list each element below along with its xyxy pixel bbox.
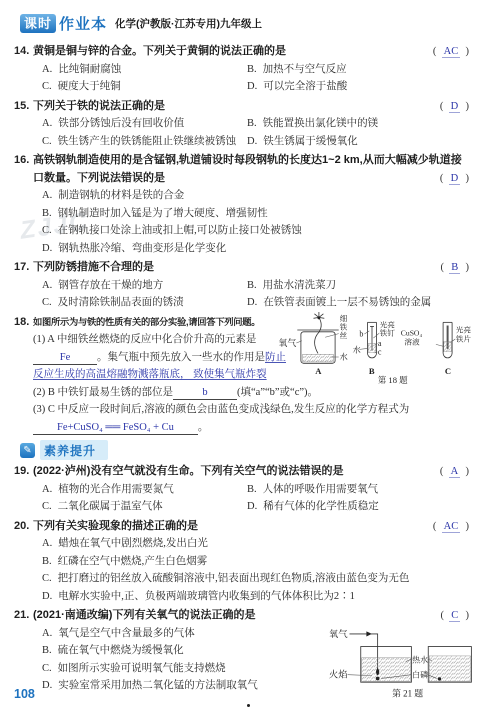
option: D.钢轨热胀冷缩、弯曲变形是化学变化 xyxy=(42,240,469,258)
option-letter: B. xyxy=(42,556,52,567)
option-text: 铁生锈产生的铁锈能阻止铁继续被锈蚀 xyxy=(58,136,237,147)
white-phosphorus-left xyxy=(376,677,380,681)
question-15: 15.下列关于铁的说法正确的是 D A.铁部分锈蚀后没有回收价值B.铁能置换出氯… xyxy=(14,98,469,151)
q18-figure-svg: 氧气 细 铁 丝 水 A b 水 光亮 铁钉 xyxy=(277,312,485,384)
experiment-figure-q18: 氧气 细 铁 丝 水 A b 水 光亮 铁钉 xyxy=(277,312,485,384)
answer-letter: A xyxy=(449,466,461,478)
question-number: 21. xyxy=(14,607,33,625)
part1-text: (1) A 中细铁丝燃烧的反应中化合价升高的元素是 xyxy=(33,334,256,345)
hot-water-label: 热水 xyxy=(412,655,428,665)
experiment-figure-q21: 氧气 火焰 热水 白磷 第 21 题 xyxy=(327,623,477,702)
option-text: 用盐水清洗菜刀 xyxy=(263,280,337,291)
option: D.铁生锈属于缓慢氧化 xyxy=(247,133,469,151)
oxygen-label: 氧气 xyxy=(329,628,348,640)
pen-icon: ✎ xyxy=(20,443,35,458)
option-letter: C. xyxy=(42,225,52,236)
option-text: 氧气是空气中含量最多的气体 xyxy=(58,628,195,639)
option-letter: A. xyxy=(42,628,52,639)
option-letter: B. xyxy=(247,484,257,495)
question-number: 20. xyxy=(14,518,33,536)
question-head: 21.(2021·南通改编)下列有关氧气的说法正确的是 C xyxy=(33,607,469,625)
answer-key: AC xyxy=(433,43,469,61)
iron-wire-label-char2: 铁 xyxy=(340,321,348,331)
answer-letter: D xyxy=(449,101,461,113)
section-label: 素养提升 xyxy=(40,440,108,460)
option-text: 在钢轨接口处涂上油或扣上帽,可以防止接口处被锈蚀 xyxy=(58,225,302,236)
option-text: 钢管存放在干燥的地方 xyxy=(58,280,163,291)
option: D.可以完全溶于盐酸 xyxy=(247,78,469,96)
option-text: 及时清除铁制品表面的锈渍 xyxy=(58,297,184,308)
part3-text-post: 。 xyxy=(198,422,209,433)
option-text: 如图所示实验可说明氧气能支持燃烧 xyxy=(58,663,226,674)
option-letter: B. xyxy=(42,208,52,219)
option-letter: D. xyxy=(42,243,52,254)
question-number: 17. xyxy=(14,259,33,277)
question-head: 20.下列有关实验现象的描述正确的是 AC xyxy=(33,518,469,536)
option-letter: C. xyxy=(42,136,52,147)
question-stem: 下列关于铁的说法正确的是 xyxy=(33,100,165,112)
option-letter: D. xyxy=(247,81,257,92)
question-number: 14. xyxy=(14,43,33,61)
option-text: 实验室常采用加热二氧化锰的方法制取氧气 xyxy=(58,680,258,691)
option-text: 电解水实验中,正、负极两端玻璃管内收集到的气体体积比为2∶1 xyxy=(58,591,355,602)
question-head: 17.下列防锈措施不合理的是 B xyxy=(33,259,469,277)
cuso4-label-l2: 溶液 xyxy=(404,336,420,346)
options-list: A.植物的光合作用需要氮气B.人体的呼吸作用需要氧气C.二氧化碳属于温室气体D.… xyxy=(33,481,469,516)
tube-a-tag: A xyxy=(315,366,322,376)
option-letter: D. xyxy=(42,591,52,602)
option: A.铁部分锈蚀后没有回收价值 xyxy=(42,115,247,133)
bright-sheet-label-l1: 光亮 xyxy=(456,324,472,334)
option-text: 铁部分锈蚀后没有回收价值 xyxy=(58,118,184,129)
option-letter: C. xyxy=(42,297,52,308)
option-text: 人体的呼吸作用需要氧气 xyxy=(263,484,379,495)
option-text: 铁生锈属于缓慢氧化 xyxy=(263,136,358,147)
option-text: 钢轨热胀冷缩、弯曲变形是化学变化 xyxy=(58,243,226,254)
option-letter: A. xyxy=(42,118,52,129)
answer-letter: C xyxy=(449,610,460,622)
option-text: 红磷在空气中燃烧,产生白色烟雾 xyxy=(58,556,208,567)
figure-caption: 第 21 题 xyxy=(392,687,423,698)
option-text: 钢轨制造时加入锰是为了增大硬度、增强韧性 xyxy=(58,208,268,219)
option-text: 硫在氧气中燃烧为缓慢氧化 xyxy=(58,645,184,656)
point-a-label: a xyxy=(378,338,382,347)
question-20: 20.下列有关实验现象的描述正确的是 AC A.蜡烛在氧气中剧烈燃烧,发出白光B… xyxy=(14,518,469,606)
header-subtitle: 化学(沪教版·江苏专用)九年级上 xyxy=(115,16,262,31)
question-stem: 下列有关实验现象的描述正确的是 xyxy=(33,520,198,532)
option: A.蜡烛在氧气中剧烈燃烧,发出白光 xyxy=(42,535,469,553)
option-letter: B. xyxy=(247,118,257,129)
scan-artifact-dot xyxy=(247,704,250,707)
option-letter: C. xyxy=(42,81,52,92)
answer-blank: Fe xyxy=(33,352,97,365)
option: B.用盐水清洗菜刀 xyxy=(247,277,469,295)
question-18: 氧气 细 铁 丝 水 A b 水 光亮 铁钉 xyxy=(14,314,469,437)
option-letter: C. xyxy=(42,663,52,674)
option-letter: B. xyxy=(42,645,52,656)
logo-badge: 课时 xyxy=(20,14,56,33)
q21-figure-svg: 氧气 火焰 热水 白磷 第 21 题 xyxy=(327,623,477,702)
point-c-label: c xyxy=(378,347,382,356)
option-text: 加热不与空气反应 xyxy=(263,64,347,75)
water-label-a: 水 xyxy=(340,351,348,361)
option-text: 硬度大于纯铜 xyxy=(58,81,121,92)
option-letter: A. xyxy=(42,484,52,495)
option: C.及时清除铁制品表面的锈渍 xyxy=(42,294,247,312)
answer-key: A xyxy=(440,463,469,481)
iron-wire-label-char3: 丝 xyxy=(340,330,348,340)
option-letter: D. xyxy=(42,680,52,691)
options-list: A.钢管存放在干燥的地方B.用盐水清洗菜刀C.及时清除铁制品表面的锈渍D.在铁管… xyxy=(33,277,469,312)
options-list: A.蜡烛在氧气中剧烈燃烧,发出白光B.红磷在空气中燃烧,产生白色烟雾C.把打磨过… xyxy=(33,535,469,605)
section-header: ✎ 素养提升 xyxy=(20,440,469,460)
question-head: 19.(2022·泸州)没有空气就没有生命。下列有关空气的说法错误的是 A xyxy=(33,463,469,481)
option: D.电解水实验中,正、负极两端玻璃管内收集到的气体体积比为2∶1 xyxy=(42,588,469,606)
cuso4-label-l1: CuSO₄ xyxy=(401,328,423,337)
option: B.红磷在空气中燃烧,产生白色烟雾 xyxy=(42,553,469,571)
option-text: 二氧化碳属于温室气体 xyxy=(58,501,163,512)
workbook-page: ZJJC 课时 作业本 化学(沪教版·江苏专用)九年级上 14.黄铜是铜与锌的合… xyxy=(0,0,499,715)
question-stem: (2022·泸州)没有空气就没有生命。下列有关空气的说法错误的是 xyxy=(33,465,343,477)
options-list: A.铁部分锈蚀后没有回收价值B.铁能置换出氯化镁中的镁C.铁生锈产生的铁锈能阻止… xyxy=(33,115,469,150)
page-header: 课时 作业本 化学(沪教版·江苏专用)九年级上 xyxy=(20,12,469,34)
answer-blank: b xyxy=(173,387,237,400)
option-letter: A. xyxy=(42,538,52,549)
option-letter: C. xyxy=(42,573,52,584)
option: A.植物的光合作用需要氮气 xyxy=(42,481,247,499)
option-letter: D. xyxy=(247,501,257,512)
question-part-2: (2) B 中铁钉最易生锈的部位是b(填“a”“b”或“c”)。 xyxy=(33,384,469,402)
burning-iron-wire xyxy=(315,317,322,353)
page-number: 108 xyxy=(14,687,35,701)
option-text: 比纯铜耐腐蚀 xyxy=(58,64,121,75)
figure-caption: 第 18 题 xyxy=(378,374,408,384)
question-14: 14.黄铜是铜与锌的合金。下列关于黄铜的说法正确的是 AC A.比纯铜耐腐蚀B.… xyxy=(14,43,469,96)
option: D.稀有气体的化学性质稳定 xyxy=(247,498,469,516)
question-19: 19.(2022·泸州)没有空气就没有生命。下列有关空气的说法错误的是 A A.… xyxy=(14,463,469,516)
answer-key: B xyxy=(440,259,469,277)
iron-wire-label-char1: 细 xyxy=(340,314,348,323)
option: B.钢轨制造时加入锰是为了增大硬度、增强韧性 xyxy=(42,205,469,223)
part1-text-mid: 。集气瓶中预先放入一些水的作用是 xyxy=(97,352,265,363)
question-16: 16.高铁钢轨制造使用的是含锰钢,轨道铺设时每段钢轨的长度达1~2 km,从而大… xyxy=(14,152,469,257)
option-text: 植物的光合作用需要氮气 xyxy=(58,484,174,495)
white-phosphorus-right xyxy=(438,677,441,680)
hot-water-right xyxy=(429,656,470,681)
answer-key: D xyxy=(440,98,469,116)
option-text: 可以完全溶于盐酸 xyxy=(263,81,347,92)
option-text: 稀有气体的化学性质稳定 xyxy=(263,501,379,512)
option: D.在铁管表面镀上一层不易锈蚀的金属 xyxy=(247,294,469,312)
option: C.在钢轨接口处涂上油或扣上帽,可以防止接口处被锈蚀 xyxy=(42,222,469,240)
option: C.硬度大于纯铜 xyxy=(42,78,247,96)
option: B.加热不与空气反应 xyxy=(247,61,469,79)
option-letter: B. xyxy=(247,280,257,291)
white-phosphorus-label: 白磷 xyxy=(412,670,428,680)
question-head: 15.下列关于铁的说法正确的是 D xyxy=(33,98,469,116)
water-in-bottle xyxy=(303,354,334,362)
option-letter: B. xyxy=(247,64,257,75)
question-number: 18. xyxy=(14,314,33,332)
spark-core xyxy=(317,316,320,319)
answer-letter: B xyxy=(449,262,460,274)
question-stem: (2021·南通改编)下列有关氧气的说法正确的是 xyxy=(33,609,255,621)
question-21: 氧气 火焰 热水 白磷 第 21 题 xyxy=(14,607,469,706)
tube-b-tag: B xyxy=(369,366,375,376)
answer-letter: AC xyxy=(442,46,461,58)
question-number: 16. xyxy=(14,152,33,170)
answer-key: C xyxy=(440,607,469,625)
option-text: 蜡烛在氧气中剧烈燃烧,发出白光 xyxy=(58,538,208,549)
part2-text: (2) B 中铁钉最易生锈的部位是 xyxy=(33,387,173,398)
solution-in-tube-c xyxy=(444,341,452,351)
option-text: 制造钢轨的材料是铁的合金 xyxy=(58,190,184,201)
bright-sheet-label-l2: 铁片 xyxy=(456,333,472,343)
question-stem: 黄铜是铜与锌的合金。下列关于黄铜的说法正确的是 xyxy=(33,45,286,57)
options-list: A.制造钢轨的材料是铁的合金B.钢轨制造时加入锰是为了增大硬度、增强韧性C.在钢… xyxy=(33,187,469,257)
answer-key: AC xyxy=(433,518,469,536)
question-head: 16.高铁钢轨制造使用的是含锰钢,轨道铺设时每段钢轨的长度达1~2 km,从而大… xyxy=(33,152,469,187)
option: B.人体的呼吸作用需要氧气 xyxy=(247,481,469,499)
option-letter: A. xyxy=(42,64,52,75)
question-17: 17.下列防锈措施不合理的是 B A.钢管存放在干燥的地方B.用盐水清洗菜刀C.… xyxy=(14,259,469,312)
question-stem: 如图所示为与铁的性质有关的部分实验,请回答下列问题。 xyxy=(33,317,260,327)
option: A.比纯铜耐腐蚀 xyxy=(42,61,247,79)
option-text: 把打磨过的铝丝放入硫酸铜溶液中,铝表面出现红色物质,溶液由蓝色变为无色 xyxy=(58,573,410,584)
chem-equation: Fe+CuSO₄ ══ FeSO₄ + Cu xyxy=(33,422,198,435)
logo-title: 作业本 xyxy=(59,13,107,34)
bright-nail-label-l2: 铁钉 xyxy=(380,327,396,337)
option-letter: D. xyxy=(247,136,257,147)
point-b-label: b xyxy=(359,329,363,338)
question-part-3: (3) C 中反应一段时间后,溶液的颜色会由蓝色变成浅绿色,发生反应的化学方程式… xyxy=(33,401,469,436)
option-letter: A. xyxy=(42,190,52,201)
question-stem: 下列防锈措施不合理的是 xyxy=(33,261,154,273)
option: C.铁生锈产生的铁锈能阻止铁继续被锈蚀 xyxy=(42,133,247,151)
question-head: 14.黄铜是铜与锌的合金。下列关于黄铜的说法正确的是 AC xyxy=(33,43,469,61)
answer-letter: D xyxy=(449,173,461,185)
option-letter: C. xyxy=(42,501,52,512)
question-number: 15. xyxy=(14,98,33,116)
option: C.把打磨过的铝丝放入硫酸铜溶液中,铝表面出现红色物质,溶液由蓝色变为无色 xyxy=(42,570,469,588)
part2-text-post: (填“a”“b”或“c”)。 xyxy=(237,387,318,398)
option: B.铁能置换出氯化镁中的镁 xyxy=(247,115,469,133)
option: A.钢管存放在干燥的地方 xyxy=(42,277,247,295)
option-letter: A. xyxy=(42,280,52,291)
question-stem: 高铁钢轨制造使用的是含锰钢,轨道铺设时每段钢轨的长度达1~2 km,从而大幅减少… xyxy=(33,154,462,184)
tube-c-tag: C xyxy=(445,366,451,376)
question-number: 19. xyxy=(14,463,33,481)
answer-key: D xyxy=(440,170,469,188)
options-list: A.比纯铜耐腐蚀B.加热不与空气反应C.硬度大于纯铜D.可以完全溶于盐酸 xyxy=(33,61,469,96)
water-in-tube-b xyxy=(368,343,376,352)
flame-label: 火焰 xyxy=(329,669,348,681)
option-text: 在铁管表面镀上一层不易锈蚀的金属 xyxy=(263,297,431,308)
part3-text: (3) C 中反应一段时间后,溶液的颜色会由蓝色变成浅绿色,发生反应的化学方程式… xyxy=(33,404,409,415)
option: A.制造钢轨的材料是铁的合金 xyxy=(42,187,469,205)
oxygen-label: 氧气 xyxy=(278,337,296,348)
option-text: 铁能置换出氯化镁中的镁 xyxy=(263,118,379,129)
answer-letter: AC xyxy=(442,521,461,533)
option: C.二氧化碳属于温室气体 xyxy=(42,498,247,516)
option-letter: D. xyxy=(247,297,257,308)
